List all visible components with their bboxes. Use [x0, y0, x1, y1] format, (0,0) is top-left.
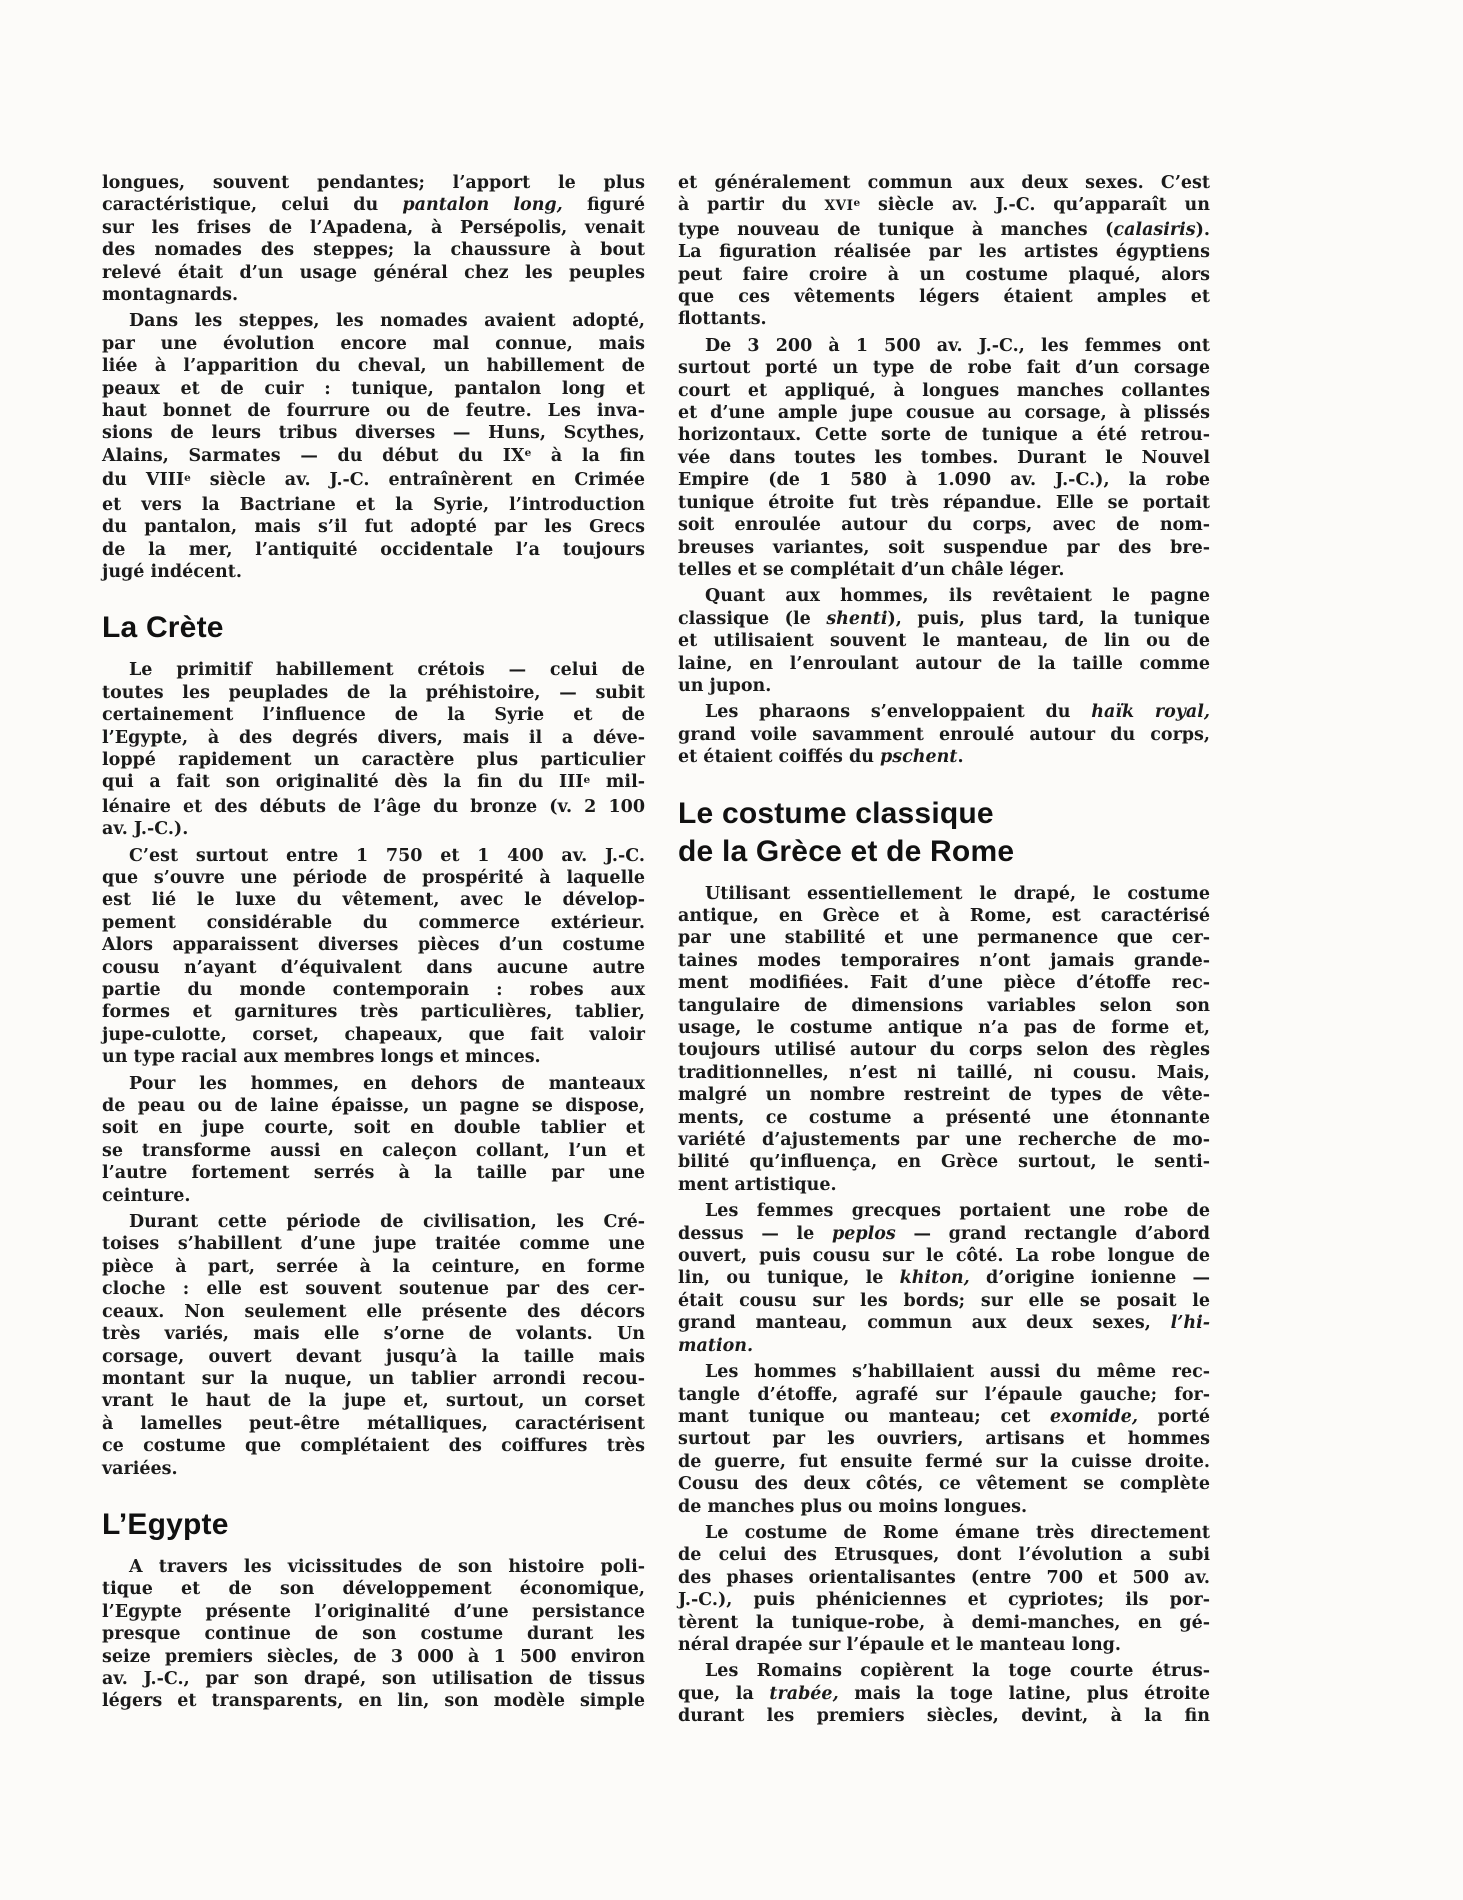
text-run: loppé rapidement un caractère plus parti… — [102, 750, 645, 770]
text-run: Dans les steppes, les nomades avaient ad… — [129, 311, 645, 331]
text-line: grand voile savamment enroulé autour du … — [678, 724, 1210, 746]
text-run: Le costume de Rome émane très directemen… — [705, 1523, 1210, 1543]
text-line: Le costume de Rome émane très directemen… — [678, 1522, 1210, 1544]
text-run: siècle av. J.-C. qu’apparaît un — [860, 195, 1210, 215]
text-line: sions de leurs tribus diverses — Huns, S… — [102, 422, 645, 444]
text-line: av. J.-C.). — [102, 818, 645, 840]
text-run: mil- — [590, 772, 645, 792]
text-line: ment artistique. — [678, 1174, 1210, 1196]
paragraph: Les pharaons s’enveloppaient du haïk roy… — [678, 701, 1210, 768]
text-run: que ces vêtements légers étaient amples … — [678, 287, 1210, 307]
text-run: Cousu des deux côtés, ce vêtement se com… — [678, 1474, 1210, 1494]
italic-term: mation. — [678, 1336, 753, 1356]
heading-l-egypte: L’Egypte — [102, 1506, 645, 1544]
text-line: Les pharaons s’enveloppaient du haïk roy… — [678, 701, 1210, 723]
text-run: laine, en l’enroulant autour de la taill… — [678, 654, 1210, 674]
text-line: A travers les vicissitudes de son histoi… — [102, 1556, 645, 1578]
text-line: Quant aux hommes, ils revêtaient le pagn… — [678, 585, 1210, 607]
text-run: Durant cette période de civilisation, le… — [129, 1212, 645, 1232]
text-run: jupe-culotte, corset, chapeaux, que fait… — [102, 1025, 645, 1045]
text-line: vrant le haut de la jupe et, surtout, un… — [102, 1390, 645, 1412]
text-run: ment modifiées. Fait d’une pièce d’étoff… — [678, 973, 1210, 993]
text-line: des nomades des steppes; la chaussure à … — [102, 239, 645, 261]
text-run: caractéristique, celui du — [102, 195, 402, 215]
text-run: court et appliqué, à longues manches col… — [678, 381, 1210, 401]
text-line: variées. — [102, 1458, 645, 1480]
text-line: que s’ouvre une période de prospérité à … — [102, 867, 645, 889]
text-line: soit enroulée autour du corps, avec de n… — [678, 514, 1210, 536]
text-line: et utilisaient souvent le manteau, de li… — [678, 630, 1210, 652]
text-run: lin, ou tunique, le — [678, 1268, 900, 1288]
text-run: Le primitif habillement crétois — celui … — [129, 660, 645, 680]
text-line: ments, ce costume a présenté une étonnan… — [678, 1107, 1210, 1129]
text-line: flottants. — [678, 308, 1210, 330]
text-run: toujours utilisé autour du corps selon d… — [678, 1040, 1210, 1060]
text-run: de peau ou de laine épaisse, un pagne se… — [102, 1096, 645, 1116]
text-line: mant tunique ou manteau; cet exomide, po… — [678, 1406, 1210, 1428]
heading-line: de la Grèce et de Rome — [678, 833, 1210, 871]
text-run: antique, en Grèce et à Rome, est caracté… — [678, 906, 1210, 926]
text-run: lénaire et des débuts de l’âge du bronze… — [102, 797, 645, 817]
text-line: C’est surtout entre 1 750 et 1 400 av. J… — [102, 845, 645, 867]
text-run: ouvert, puis cousu sur le côté. La robe … — [678, 1246, 1210, 1266]
text-run: breuses variantes, soit suspendue par de… — [678, 538, 1210, 558]
text-line: l’autre fortement serrés à la taille par… — [102, 1162, 645, 1184]
text-line: un jupon. — [678, 675, 1210, 697]
text-line: classique (le shenti), puis, plus tard, … — [678, 608, 1210, 630]
paragraph: Quant aux hommes, ils revêtaient le pagn… — [678, 585, 1210, 697]
text-run: De 3 200 à 1 500 av. J.-C., les femmes o… — [705, 336, 1210, 356]
text-line: très variés, mais elle s’orne de volants… — [102, 1323, 645, 1345]
text-run: mant tunique ou manteau; cet — [678, 1407, 1050, 1427]
text-line: des phases orientalisantes (entre 700 et… — [678, 1567, 1210, 1589]
text-line: bilité qu’influença, en Grèce surtout, l… — [678, 1151, 1210, 1173]
text-run: Les femmes grecques portaient une robe d… — [705, 1201, 1210, 1221]
text-run: l’Egypte présente l’originalité d’une pe… — [102, 1602, 645, 1622]
text-line: Durant cette période de civilisation, le… — [102, 1211, 645, 1233]
text-line: corsage, ouvert devant jusqu’à la taille… — [102, 1346, 645, 1368]
text-run: de la mer, l’antiquité occidentale l’a t… — [102, 540, 645, 560]
text-run: du pantalon, mais s’il fut adopté par le… — [102, 517, 645, 537]
text-line: toises s’habillent d’une jupe traitée co… — [102, 1233, 645, 1255]
text-run: à lamelles peut-être métalliques, caract… — [102, 1414, 645, 1434]
text-line: lin, ou tunique, le khiton, d’origine io… — [678, 1267, 1210, 1289]
text-run: peut faire croire à un costume plaqué, a… — [678, 265, 1210, 285]
text-line: Empire (de 1 580 à 1.090 av. J.-C.), la … — [678, 469, 1210, 491]
text-run: sur les frises de l’Apadena, à Persépoli… — [102, 218, 645, 238]
text-line: cousu n’ayant d’équivalent dans aucune a… — [102, 957, 645, 979]
text-line: légers et transparents, en lin, son modè… — [102, 1690, 645, 1712]
text-line: et étaient coiffés du pschent. — [678, 746, 1210, 768]
text-run: et étaient coiffés du — [678, 747, 880, 767]
text-run: pement considérable du commerce extérieu… — [102, 913, 645, 933]
text-run: corsage, ouvert devant jusqu’à la taille… — [102, 1347, 645, 1367]
text-run: Alains, Sarmates — du début du IX — [102, 446, 525, 466]
text-line: De 3 200 à 1 500 av. J.-C., les femmes o… — [678, 335, 1210, 357]
text-line: tèrent la tunique-robe, à demi-manches, … — [678, 1612, 1210, 1634]
text-run: classique (le — [678, 609, 826, 629]
text-run: très variés, mais elle s’orne de volants… — [102, 1324, 645, 1344]
text-run: légers et transparents, en lin, son modè… — [102, 1691, 645, 1711]
heading-line: Le costume classique — [678, 795, 1210, 833]
text-run: et d’une ample jupe cousue au corsage, à… — [678, 403, 1210, 423]
text-run: néral drapée sur l’épaule et le manteau … — [678, 1635, 1121, 1655]
italic-term: pantalon long, — [402, 195, 562, 215]
text-run: cloche : elle est souvent soutenue par d… — [102, 1279, 645, 1299]
text-line: que, la trabée, mais la toge latine, plu… — [678, 1683, 1210, 1705]
text-line: horizontaux. Cette sorte de tunique a ét… — [678, 424, 1210, 446]
text-run: pièce à part, serrée à la ceinture, en f… — [102, 1257, 645, 1277]
text-run: un type racial aux membres longs et minc… — [102, 1047, 541, 1067]
text-line: Pour les hommes, en dehors de manteaux — [102, 1073, 645, 1095]
text-line: et d’une ample jupe cousue au corsage, à… — [678, 402, 1210, 424]
text-line: à partir du XVIe siècle av. J.-C. qu’app… — [678, 194, 1210, 218]
superscript: e — [584, 774, 591, 786]
text-line: traditionnelles, n’est ni taillé, ni cou… — [678, 1062, 1210, 1084]
text-run: l’autre fortement serrés à la taille par… — [102, 1163, 645, 1183]
text-run: . — [957, 747, 963, 767]
paragraph: Durant cette période de civilisation, le… — [102, 1211, 645, 1480]
text-run: surtout porté un type de robe fait d’un … — [678, 358, 1210, 378]
text-line: par une évolution encore mal connue, mai… — [102, 333, 645, 355]
text-run: Les pharaons s’enveloppaient du — [705, 702, 1091, 722]
text-line: de celui des Etrusques, dont l’évolution… — [678, 1544, 1210, 1566]
text-run: flottants. — [678, 309, 767, 329]
text-line: Dans les steppes, les nomades avaient ad… — [102, 310, 645, 332]
text-line: laine, en l’enroulant autour de la taill… — [678, 653, 1210, 675]
text-line: type nouveau de tunique à manches (calas… — [678, 219, 1210, 241]
text-line: caractéristique, celui du pantalon long,… — [102, 194, 645, 216]
text-run: longues, souvent pendantes; l’apport le … — [102, 173, 645, 193]
text-run: l’Egypte, à des degrés divers, mais il a… — [102, 728, 645, 748]
text-line: montant sur la nuque, un tablier arrondi… — [102, 1368, 645, 1390]
text-line: ment modifiées. Fait d’une pièce d’étoff… — [678, 972, 1210, 994]
text-run: bilité qu’influença, en Grèce surtout, l… — [678, 1152, 1210, 1172]
paragraph: De 3 200 à 1 500 av. J.-C., les femmes o… — [678, 335, 1210, 581]
text-run: de manches plus ou moins longues. — [678, 1497, 1027, 1517]
text-line: était cousu sur les bords; sur elle se p… — [678, 1290, 1210, 1312]
text-line: surtout par les ouvriers, artisans et ho… — [678, 1428, 1210, 1450]
text-line: et vers la Bactriane et la Syrie, l’intr… — [102, 494, 645, 516]
text-line: formes et garnitures très particulières,… — [102, 1001, 645, 1023]
text-line: malgré un nombre restreint de types de v… — [678, 1084, 1210, 1106]
text-run: vée dans toutes les tombes. Durant le No… — [678, 448, 1210, 468]
text-run: surtout par les ouvriers, artisans et ho… — [678, 1429, 1210, 1449]
text-run: horizontaux. Cette sorte de tunique a ét… — [678, 425, 1210, 445]
text-line: usage, le costume antique n’a pas de for… — [678, 1017, 1210, 1039]
text-line: par une stabilité et une permanence que … — [678, 927, 1210, 949]
text-line: mation. — [678, 1335, 1210, 1357]
text-line: tunique étroite fut très répandue. Elle … — [678, 492, 1210, 514]
paragraph: Le costume de Rome émane très directemen… — [678, 1522, 1210, 1656]
text-line: relevé était d’un usage général chez les… — [102, 262, 645, 284]
text-run: par une stabilité et une permanence que … — [678, 928, 1210, 948]
text-run: et vers la Bactriane et la Syrie, l’intr… — [102, 495, 645, 515]
text-run: type nouveau de tunique à manches ( — [678, 220, 1113, 240]
text-line: que ces vêtements légers étaient amples … — [678, 286, 1210, 308]
paragraph: Le primitif habillement crétois — celui … — [102, 659, 645, 840]
text-run: J.-C.), puis phéniciennes et cypriotes; … — [678, 1590, 1210, 1610]
text-line: La figuration réalisée par les artistes … — [678, 241, 1210, 263]
superscript: e — [525, 447, 532, 459]
text-run: siècle av. J.-C. entraînèrent en Crimée — [191, 470, 645, 490]
text-run: des nomades des steppes; la chaussure à … — [102, 240, 645, 260]
text-run: figuré — [563, 195, 645, 215]
text-run: vrant le haut de la jupe et, surtout, un… — [102, 1391, 645, 1411]
paragraph: Pour les hommes, en dehors de manteauxde… — [102, 1073, 645, 1207]
text-line: tangulaire de dimensions variables selon… — [678, 995, 1210, 1017]
text-line: l’Egypte, à des degrés divers, mais il a… — [102, 727, 645, 749]
text-run: Empire (de 1 580 à 1.090 av. J.-C.), la … — [678, 470, 1210, 490]
text-run: ments, ce costume a présenté une étonnan… — [678, 1108, 1210, 1128]
text-line: dessus — le peplos — grand rectangle d’a… — [678, 1223, 1210, 1245]
text-line: ouvert, puis cousu sur le côté. La robe … — [678, 1245, 1210, 1267]
text-line: haut bonnet de fourrure ou de feutre. Le… — [102, 400, 645, 422]
text-run: d’origine ionienne — — [970, 1268, 1210, 1288]
text-run: liée à l’apparition du cheval, un habill… — [102, 356, 645, 376]
text-run: de guerre, fut ensuite fermé sur la cuis… — [678, 1452, 1210, 1472]
text-line: ceinture. — [102, 1185, 645, 1207]
text-run: Pour les hommes, en dehors de manteaux — [129, 1074, 645, 1094]
text-line: pièce à part, serrée à la ceinture, en f… — [102, 1256, 645, 1278]
text-run: Alors apparaissent diverses pièces d’un … — [102, 935, 645, 955]
text-run: tangle d’étoffe, agrafé sur l’épaule gau… — [678, 1385, 1210, 1405]
text-line: Utilisant essentiellement le drapé, le c… — [678, 883, 1210, 905]
text-run: formes et garnitures très particulières,… — [102, 1002, 645, 1022]
text-line: Alains, Sarmates — du début du IXe à la … — [102, 445, 645, 469]
paragraph: Les femmes grecques portaient une robe d… — [678, 1200, 1210, 1357]
text-run: toutes les peuplades de la préhistoire, … — [102, 683, 645, 703]
text-line: un type racial aux membres longs et minc… — [102, 1046, 645, 1068]
paragraph: Les Romains copièrent la toge courte étr… — [678, 1660, 1210, 1727]
italic-term: khiton, — [900, 1268, 970, 1288]
text-line: surtout porté un type de robe fait d’un … — [678, 357, 1210, 379]
text-line: jupe-culotte, corset, chapeaux, que fait… — [102, 1024, 645, 1046]
text-line: qui a fait son originalité dès la fin du… — [102, 771, 645, 795]
text-line: tique et de son développement économique… — [102, 1578, 645, 1600]
page: longues, souvent pendantes; l’apport le … — [0, 0, 1463, 1900]
text-line: certainement l’influence de la Syrie et … — [102, 704, 645, 726]
paragraph: longues, souvent pendantes; l’apport le … — [102, 172, 645, 306]
text-run: par une évolution encore mal connue, mai… — [102, 334, 645, 354]
text-run: seize premiers siècles, de 3 000 à 1 500… — [102, 1647, 645, 1667]
text-run: av. J.-C.). — [102, 819, 188, 839]
text-line: du pantalon, mais s’il fut adopté par le… — [102, 516, 645, 538]
text-run: est lié le luxe du vêtement, avec le dév… — [102, 890, 645, 910]
text-run: ceinture. — [102, 1186, 190, 1206]
text-line: Les femmes grecques portaient une robe d… — [678, 1200, 1210, 1222]
text-run: durant les premiers siècles, devint, à l… — [678, 1706, 1210, 1726]
paragraph: Les hommes s’habillaient aussi du même r… — [678, 1361, 1210, 1518]
text-run: jugé indécent. — [102, 562, 242, 582]
text-line: Alors apparaissent diverses pièces d’un … — [102, 934, 645, 956]
text-line: Les hommes s’habillaient aussi du même r… — [678, 1361, 1210, 1383]
text-run: des phases orientalisantes (entre 700 et… — [678, 1568, 1210, 1588]
text-run: variées. — [102, 1459, 178, 1479]
text-run: C’est surtout entre 1 750 et 1 400 av. J… — [129, 846, 645, 866]
text-run: taines modes temporaires n’ont jamais gr… — [678, 951, 1210, 971]
text-run: traditionnelles, n’est ni taillé, ni cou… — [678, 1063, 1210, 1083]
paragraph: et généralement commun aux deux sexes. C… — [678, 172, 1210, 331]
text-line: grand manteau, commun aux deux sexes, l’… — [678, 1312, 1210, 1334]
text-line: peut faire croire à un costume plaqué, a… — [678, 264, 1210, 286]
text-line: et généralement commun aux deux sexes. C… — [678, 172, 1210, 194]
text-run: — grand rectangle d’abord — [896, 1224, 1210, 1244]
text-line: durant les premiers siècles, devint, à l… — [678, 1705, 1210, 1727]
text-line: antique, en Grèce et à Rome, est caracté… — [678, 905, 1210, 927]
text-run: qui a fait son originalité dès la fin du… — [102, 772, 584, 792]
paragraph: Dans les steppes, les nomades avaient ad… — [102, 310, 645, 583]
text-line: Les Romains copièrent la toge courte étr… — [678, 1660, 1210, 1682]
text-run: se transforme aussi en caleçon collant, … — [102, 1141, 645, 1161]
text-line: de guerre, fut ensuite fermé sur la cuis… — [678, 1451, 1210, 1473]
text-run: de celui des Etrusques, dont l’évolution… — [678, 1545, 1210, 1565]
text-run: à la fin — [531, 446, 645, 466]
text-line: peaux et de cuir : tunique, pantalon lon… — [102, 378, 645, 400]
text-line: J.-C.), puis phéniciennes et cypriotes; … — [678, 1589, 1210, 1611]
text-column-left: longues, souvent pendantes; l’apport le … — [102, 172, 645, 1713]
text-line: l’Egypte présente l’originalité d’une pe… — [102, 1601, 645, 1623]
text-run: montant sur la nuque, un tablier arrondi… — [102, 1369, 645, 1389]
italic-term: pschent — [880, 747, 957, 767]
text-run: sions de leurs tribus diverses — Huns, S… — [102, 423, 645, 443]
text-run: variété d’ajustements par une recherche … — [678, 1130, 1210, 1150]
text-run: à partir du — [678, 195, 824, 215]
text-run: ). — [1196, 220, 1210, 240]
text-line: liée à l’apparition du cheval, un habill… — [102, 355, 645, 377]
heading-line: La Crète — [102, 609, 645, 647]
text-run: XVI — [824, 198, 853, 214]
heading-le-costume-classique: Le costume classiquede la Grèce et de Ro… — [678, 795, 1210, 871]
text-run: porté — [1138, 1407, 1210, 1427]
text-line: variété d’ajustements par une recherche … — [678, 1129, 1210, 1151]
text-run: telles et se complétait d’un châle léger… — [678, 560, 1064, 580]
text-run: tèrent la tunique-robe, à demi-manches, … — [678, 1613, 1210, 1633]
text-line: partie du monde contemporain : robes aux — [102, 979, 645, 1001]
heading-line: L’Egypte — [102, 1506, 645, 1544]
text-run: peaux et de cuir : tunique, pantalon lon… — [102, 379, 645, 399]
text-run: ment artistique. — [678, 1175, 837, 1195]
italic-term: calasiris — [1113, 220, 1195, 240]
text-run: du VIII — [102, 470, 184, 490]
text-line: toutes les peuplades de la préhistoire, … — [102, 682, 645, 704]
text-run: partie du monde contemporain : robes aux — [102, 980, 645, 1000]
text-line: à lamelles peut-être métalliques, caract… — [102, 1413, 645, 1435]
text-run: tunique étroite fut très répandue. Elle … — [678, 493, 1210, 513]
text-run: était cousu sur les bords; sur elle se p… — [678, 1291, 1210, 1311]
text-line: ce costume que complétaient des coiffure… — [102, 1435, 645, 1457]
italic-term: peplos — [832, 1224, 896, 1244]
text-line: cloche : elle est souvent soutenue par d… — [102, 1278, 645, 1300]
text-run: ceaux. Non seulement elle présente des d… — [102, 1302, 645, 1322]
text-line: soit en jupe courte, soit en double tabl… — [102, 1117, 645, 1139]
text-line: toujours utilisé autour du corps selon d… — [678, 1039, 1210, 1061]
text-run: montagnards. — [102, 285, 238, 305]
text-run: usage, le costume antique n’a pas de for… — [678, 1018, 1210, 1038]
text-run: certainement l’influence de la Syrie et … — [102, 705, 645, 725]
text-line: av. J.-C., par son drapé, son utilisatio… — [102, 1668, 645, 1690]
text-run: Quant aux hommes, ils revêtaient le pagn… — [705, 586, 1210, 606]
text-run: et utilisaient souvent le manteau, de li… — [678, 631, 1210, 651]
text-run: grand voile savamment enroulé autour du … — [678, 725, 1210, 745]
text-line: Cousu des deux côtés, ce vêtement se com… — [678, 1473, 1210, 1495]
text-run: A travers les vicissitudes de son histoi… — [129, 1557, 645, 1577]
heading-la-crete: La Crète — [102, 609, 645, 647]
italic-term: l’hi- — [1171, 1313, 1210, 1333]
text-line: Le primitif habillement crétois — celui … — [102, 659, 645, 681]
text-run: soit en jupe courte, soit en double tabl… — [102, 1118, 645, 1138]
text-run: Les Romains copièrent la toge courte étr… — [705, 1661, 1210, 1681]
text-line: du VIIIe siècle av. J.-C. entraînèrent e… — [102, 469, 645, 493]
text-run: et généralement commun aux deux sexes. C… — [678, 173, 1210, 193]
superscript: e — [854, 197, 861, 209]
text-line: seize premiers siècles, de 3 000 à 1 500… — [102, 1646, 645, 1668]
text-line: lénaire et des débuts de l’âge du bronze… — [102, 796, 645, 818]
text-line: pement considérable du commerce extérieu… — [102, 912, 645, 934]
text-run: presque continue de son costume durant l… — [102, 1624, 645, 1644]
text-line: de manches plus ou moins longues. — [678, 1496, 1210, 1518]
italic-term: exomide, — [1050, 1407, 1138, 1427]
text-run: La figuration réalisée par les artistes … — [678, 242, 1210, 262]
text-run: dessus — le — [678, 1224, 832, 1244]
text-line: est lié le luxe du vêtement, avec le dév… — [102, 889, 645, 911]
text-run: relevé était d’un usage général chez les… — [102, 263, 645, 283]
text-line: longues, souvent pendantes; l’apport le … — [102, 172, 645, 194]
paragraph: A travers les vicissitudes de son histoi… — [102, 1556, 645, 1713]
text-line: vée dans toutes les tombes. Durant le No… — [678, 447, 1210, 469]
text-run: grand manteau, commun aux deux sexes, — [678, 1313, 1171, 1333]
italic-term: shenti — [826, 609, 887, 629]
text-run: tangulaire de dimensions variables selon… — [678, 996, 1210, 1016]
text-line: sur les frises de l’Apadena, à Persépoli… — [102, 217, 645, 239]
text-run: cousu n’ayant d’équivalent dans aucune a… — [102, 958, 645, 978]
text-run: mais la toge latine, plus étroite — [839, 1684, 1210, 1704]
text-run: Les hommes s’habillaient aussi du même r… — [705, 1362, 1210, 1382]
paragraph: Utilisant essentiellement le drapé, le c… — [678, 883, 1210, 1197]
text-run: un jupon. — [678, 676, 771, 696]
text-line: tangle d’étoffe, agrafé sur l’épaule gau… — [678, 1384, 1210, 1406]
text-line: court et appliqué, à longues manches col… — [678, 380, 1210, 402]
text-run: tique et de son développement économique… — [102, 1579, 645, 1599]
text-line: taines modes temporaires n’ont jamais gr… — [678, 950, 1210, 972]
text-run: ), puis, plus tard, la tunique — [887, 609, 1210, 629]
text-column-right: et généralement commun aux deux sexes. C… — [678, 172, 1210, 1728]
text-line: presque continue de son costume durant l… — [102, 1623, 645, 1645]
text-run: Utilisant essentiellement le drapé, le c… — [705, 884, 1210, 904]
italic-term: haïk royal, — [1091, 702, 1210, 722]
text-line: de la mer, l’antiquité occidentale l’a t… — [102, 539, 645, 561]
text-run: ce costume que complétaient des coiffure… — [102, 1436, 645, 1456]
paragraph: C’est surtout entre 1 750 et 1 400 av. J… — [102, 845, 645, 1069]
superscript: e — [184, 472, 191, 484]
text-line: de peau ou de laine épaisse, un pagne se… — [102, 1095, 645, 1117]
text-run: toises s’habillent d’une jupe traitée co… — [102, 1234, 645, 1254]
text-line: montagnards. — [102, 284, 645, 306]
text-run: que, la — [678, 1684, 769, 1704]
text-run: haut bonnet de fourrure ou de feutre. Le… — [102, 401, 645, 421]
text-line: ceaux. Non seulement elle présente des d… — [102, 1301, 645, 1323]
text-run: soit enroulée autour du corps, avec de n… — [678, 515, 1210, 535]
text-line: breuses variantes, soit suspendue par de… — [678, 537, 1210, 559]
text-line: néral drapée sur l’épaule et le manteau … — [678, 1634, 1210, 1656]
text-run: que s’ouvre une période de prospérité à … — [102, 868, 645, 888]
text-line: telles et se complétait d’un châle léger… — [678, 559, 1210, 581]
italic-term: trabée, — [769, 1684, 838, 1704]
text-line: loppé rapidement un caractère plus parti… — [102, 749, 645, 771]
text-line: jugé indécent. — [102, 561, 645, 583]
text-line: se transforme aussi en caleçon collant, … — [102, 1140, 645, 1162]
text-run: malgré un nombre restreint de types de v… — [678, 1085, 1210, 1105]
